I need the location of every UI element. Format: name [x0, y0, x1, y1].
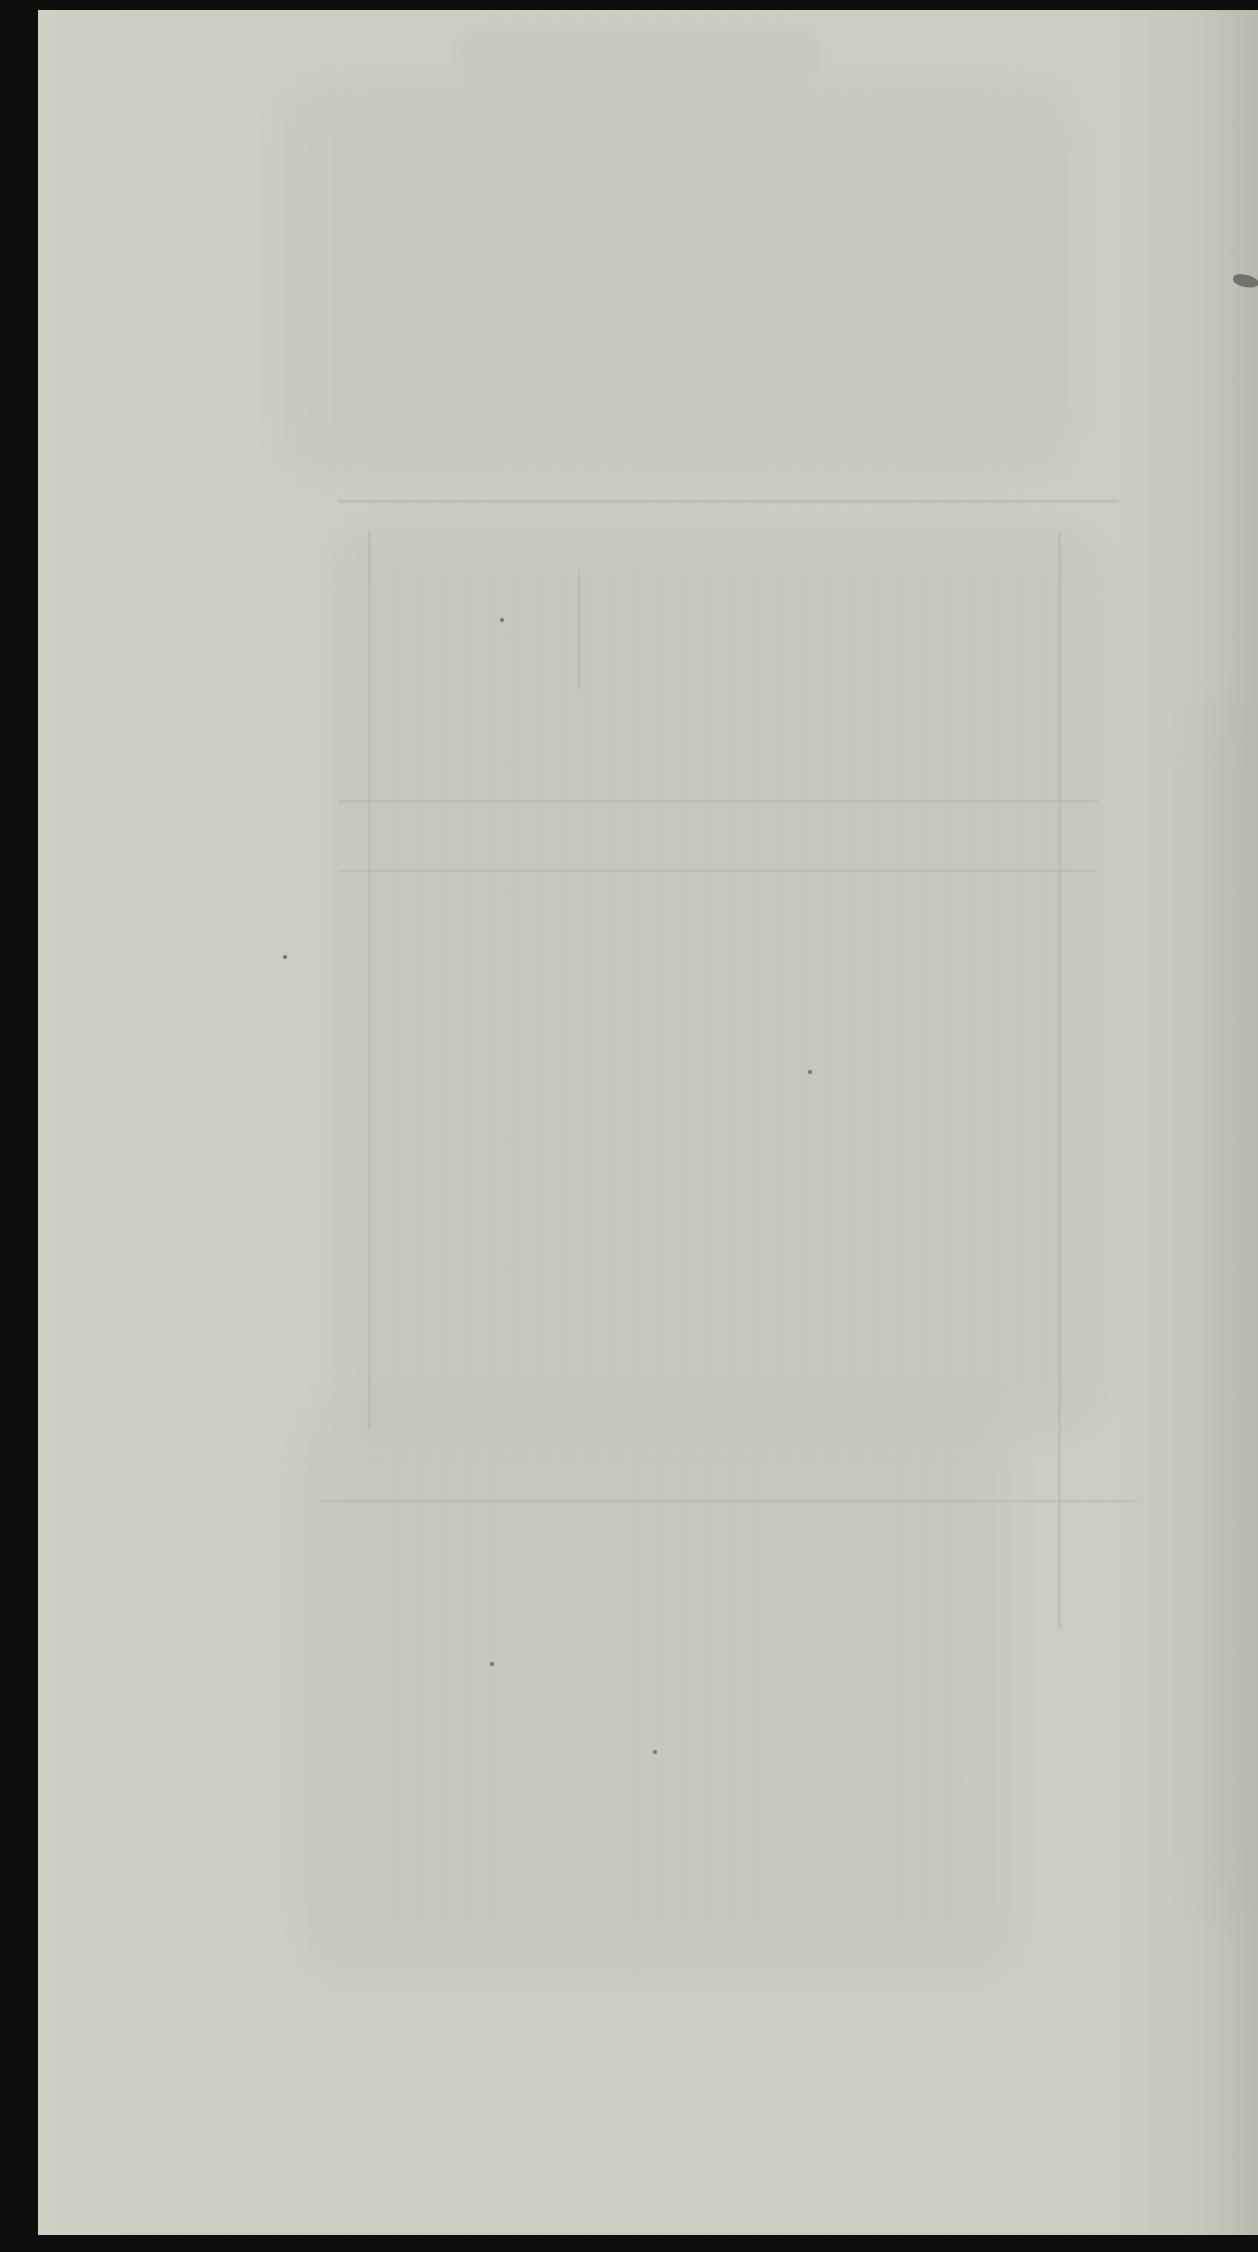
show-through-rule [338, 800, 1098, 803]
paper-speck [500, 618, 504, 622]
paper-speck [283, 955, 287, 959]
show-through-rule [578, 570, 580, 690]
paper-speck [653, 1750, 657, 1754]
show-through-rule [318, 1500, 1138, 1502]
show-through-rule [1058, 530, 1061, 1630]
paper-speck [808, 1070, 812, 1074]
blank-page [38, 10, 1258, 2235]
show-through-lower-block [308, 1410, 1008, 1970]
show-through-rule [338, 500, 1118, 503]
page-edge-shadow [1198, 10, 1258, 2235]
show-through-rule [368, 530, 371, 1430]
show-through-rule [338, 870, 1098, 872]
show-through-upper-block [288, 90, 1068, 470]
show-through-table [338, 530, 1098, 1430]
paper-speck [490, 1662, 494, 1666]
scan-background [0, 0, 1258, 2252]
show-through-heading [458, 30, 818, 80]
